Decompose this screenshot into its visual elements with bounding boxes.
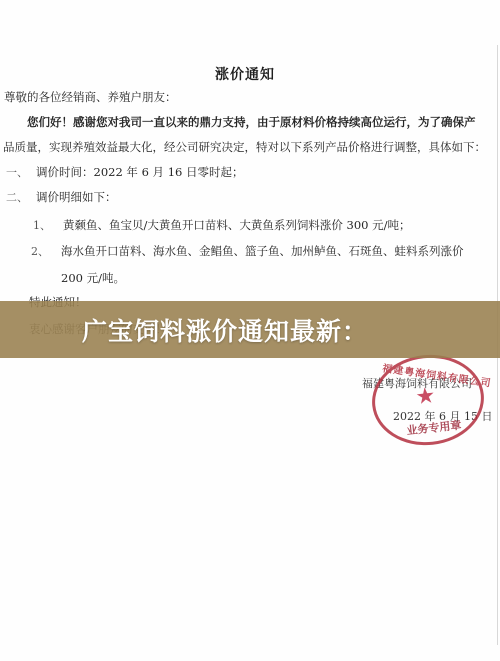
notice-title: 涨价通知 xyxy=(0,64,490,84)
detail-item-1: 黄颡鱼、鱼宝贝/大黄鱼开口苗料、大黄鱼系列饲料涨价 300 元/吨； xyxy=(63,217,411,233)
company-seal-stamp: 福建粤海饲料有限公司 ★ 业务专用章 xyxy=(368,349,489,450)
section-number-2: 二、 xyxy=(6,189,28,205)
intro-paragraph-line-1: 您们好！感谢您对我司一直以来的鼎力支持，由于原材料价格持续高位运行，为了确保产 xyxy=(27,114,476,130)
section-number-1: 一、 xyxy=(6,164,28,180)
detail-number-1: 1、 xyxy=(33,217,51,233)
headline-banner-text: 广宝饲料涨价通知最新： xyxy=(82,312,368,348)
intro-paragraph-line-2: 品质量，实现养殖效益最大化，经公司研究决定，特对以下系列产品价格进行调整，具体如… xyxy=(3,139,486,155)
section-adjustment-details: 调价明细如下： xyxy=(36,189,117,205)
salutation: 尊敬的各位经销商、养殖户朋友： xyxy=(4,89,177,105)
star-icon: ★ xyxy=(415,385,437,409)
detail-item-2: 海水鱼开口苗料、海水鱼、金鲳鱼、篮子鱼、加州鲈鱼、石斑鱼、蛙料系列涨价 xyxy=(61,243,464,259)
detail-item-2-continued: 200 元/吨。 xyxy=(61,270,125,286)
detail-number-2: 2、 xyxy=(31,243,49,259)
stamp-bottom-text: 业务专用章 xyxy=(397,416,470,439)
section-adjustment-time: 调价时间：2022 年 6 月 16 日零时起； xyxy=(36,164,244,180)
